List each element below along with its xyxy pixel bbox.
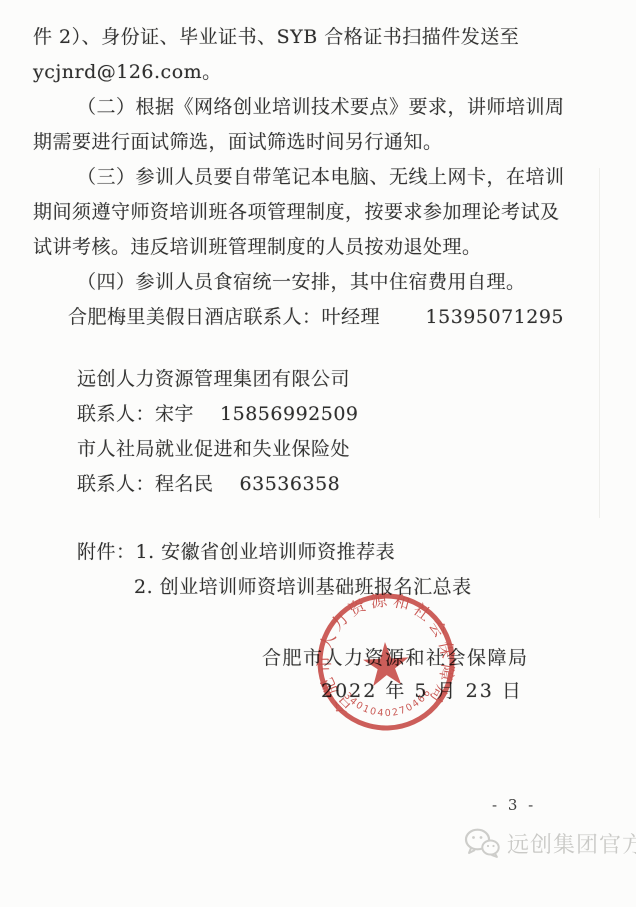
wechat-icon [464, 827, 500, 859]
paragraph-line-email: ycjnrd@126.com。 [33, 55, 578, 90]
contact-line-bureau: 市人社局就业促进和失业保险处 [33, 432, 578, 467]
watermark-text: 远创集团官方 [507, 828, 636, 859]
official-seal: 合肥市人力资源和社会保障局 3401040270466 [302, 578, 470, 746]
scan-artifact-line [599, 168, 600, 518]
watermark: 远创集团官方 [464, 827, 636, 859]
hotel-contact-line: 合肥梅里美假日酒店联系人：叶经理 15395071295 [33, 300, 578, 335]
paragraph-line: （三）参训人员要自带笔记本电脑、无线上网卡，在培训 [33, 160, 578, 195]
contact-line-person: 联系人：程名民 63536358 [33, 467, 578, 502]
contact-block: 远创人力资源管理集团有限公司 联系人：宋宇 15856992509 市人社局就业… [33, 362, 578, 502]
document-page: 件 2）、身份证、毕业证书、SYB 合格证书扫描件发送至 ycjnrd@126.… [0, 0, 636, 907]
paragraph-line: （四）参训人员食宿统一安排，其中住宿费用自理。 [33, 265, 578, 300]
paragraph-line: 件 2）、身份证、毕业证书、SYB 合格证书扫描件发送至 [33, 20, 578, 55]
paragraph-line: 期间须遵守师资培训班各项管理制度，按要求参加理论考试及 [33, 195, 578, 230]
contact-line-person: 联系人：宋宇 15856992509 [33, 397, 578, 432]
attachment-line: 附件：1. 安徽省创业培训师资推荐表 [33, 535, 578, 570]
paragraph-line: （二）根据《网络创业培训技术要点》要求，讲师培训周 [33, 90, 578, 125]
page-number: - 3 - [492, 796, 536, 814]
contact-line-company: 远创人力资源管理集团有限公司 [33, 362, 578, 397]
star-icon [362, 641, 410, 687]
document-body: 件 2）、身份证、毕业证书、SYB 合格证书扫描件发送至 ycjnrd@126.… [33, 20, 578, 605]
paragraph-line: 试讲考核。违反培训班管理制度的人员按劝退处理。 [33, 230, 578, 265]
paragraph-line: 期需要进行面试筛选，面试筛选时间另行通知。 [33, 125, 578, 160]
